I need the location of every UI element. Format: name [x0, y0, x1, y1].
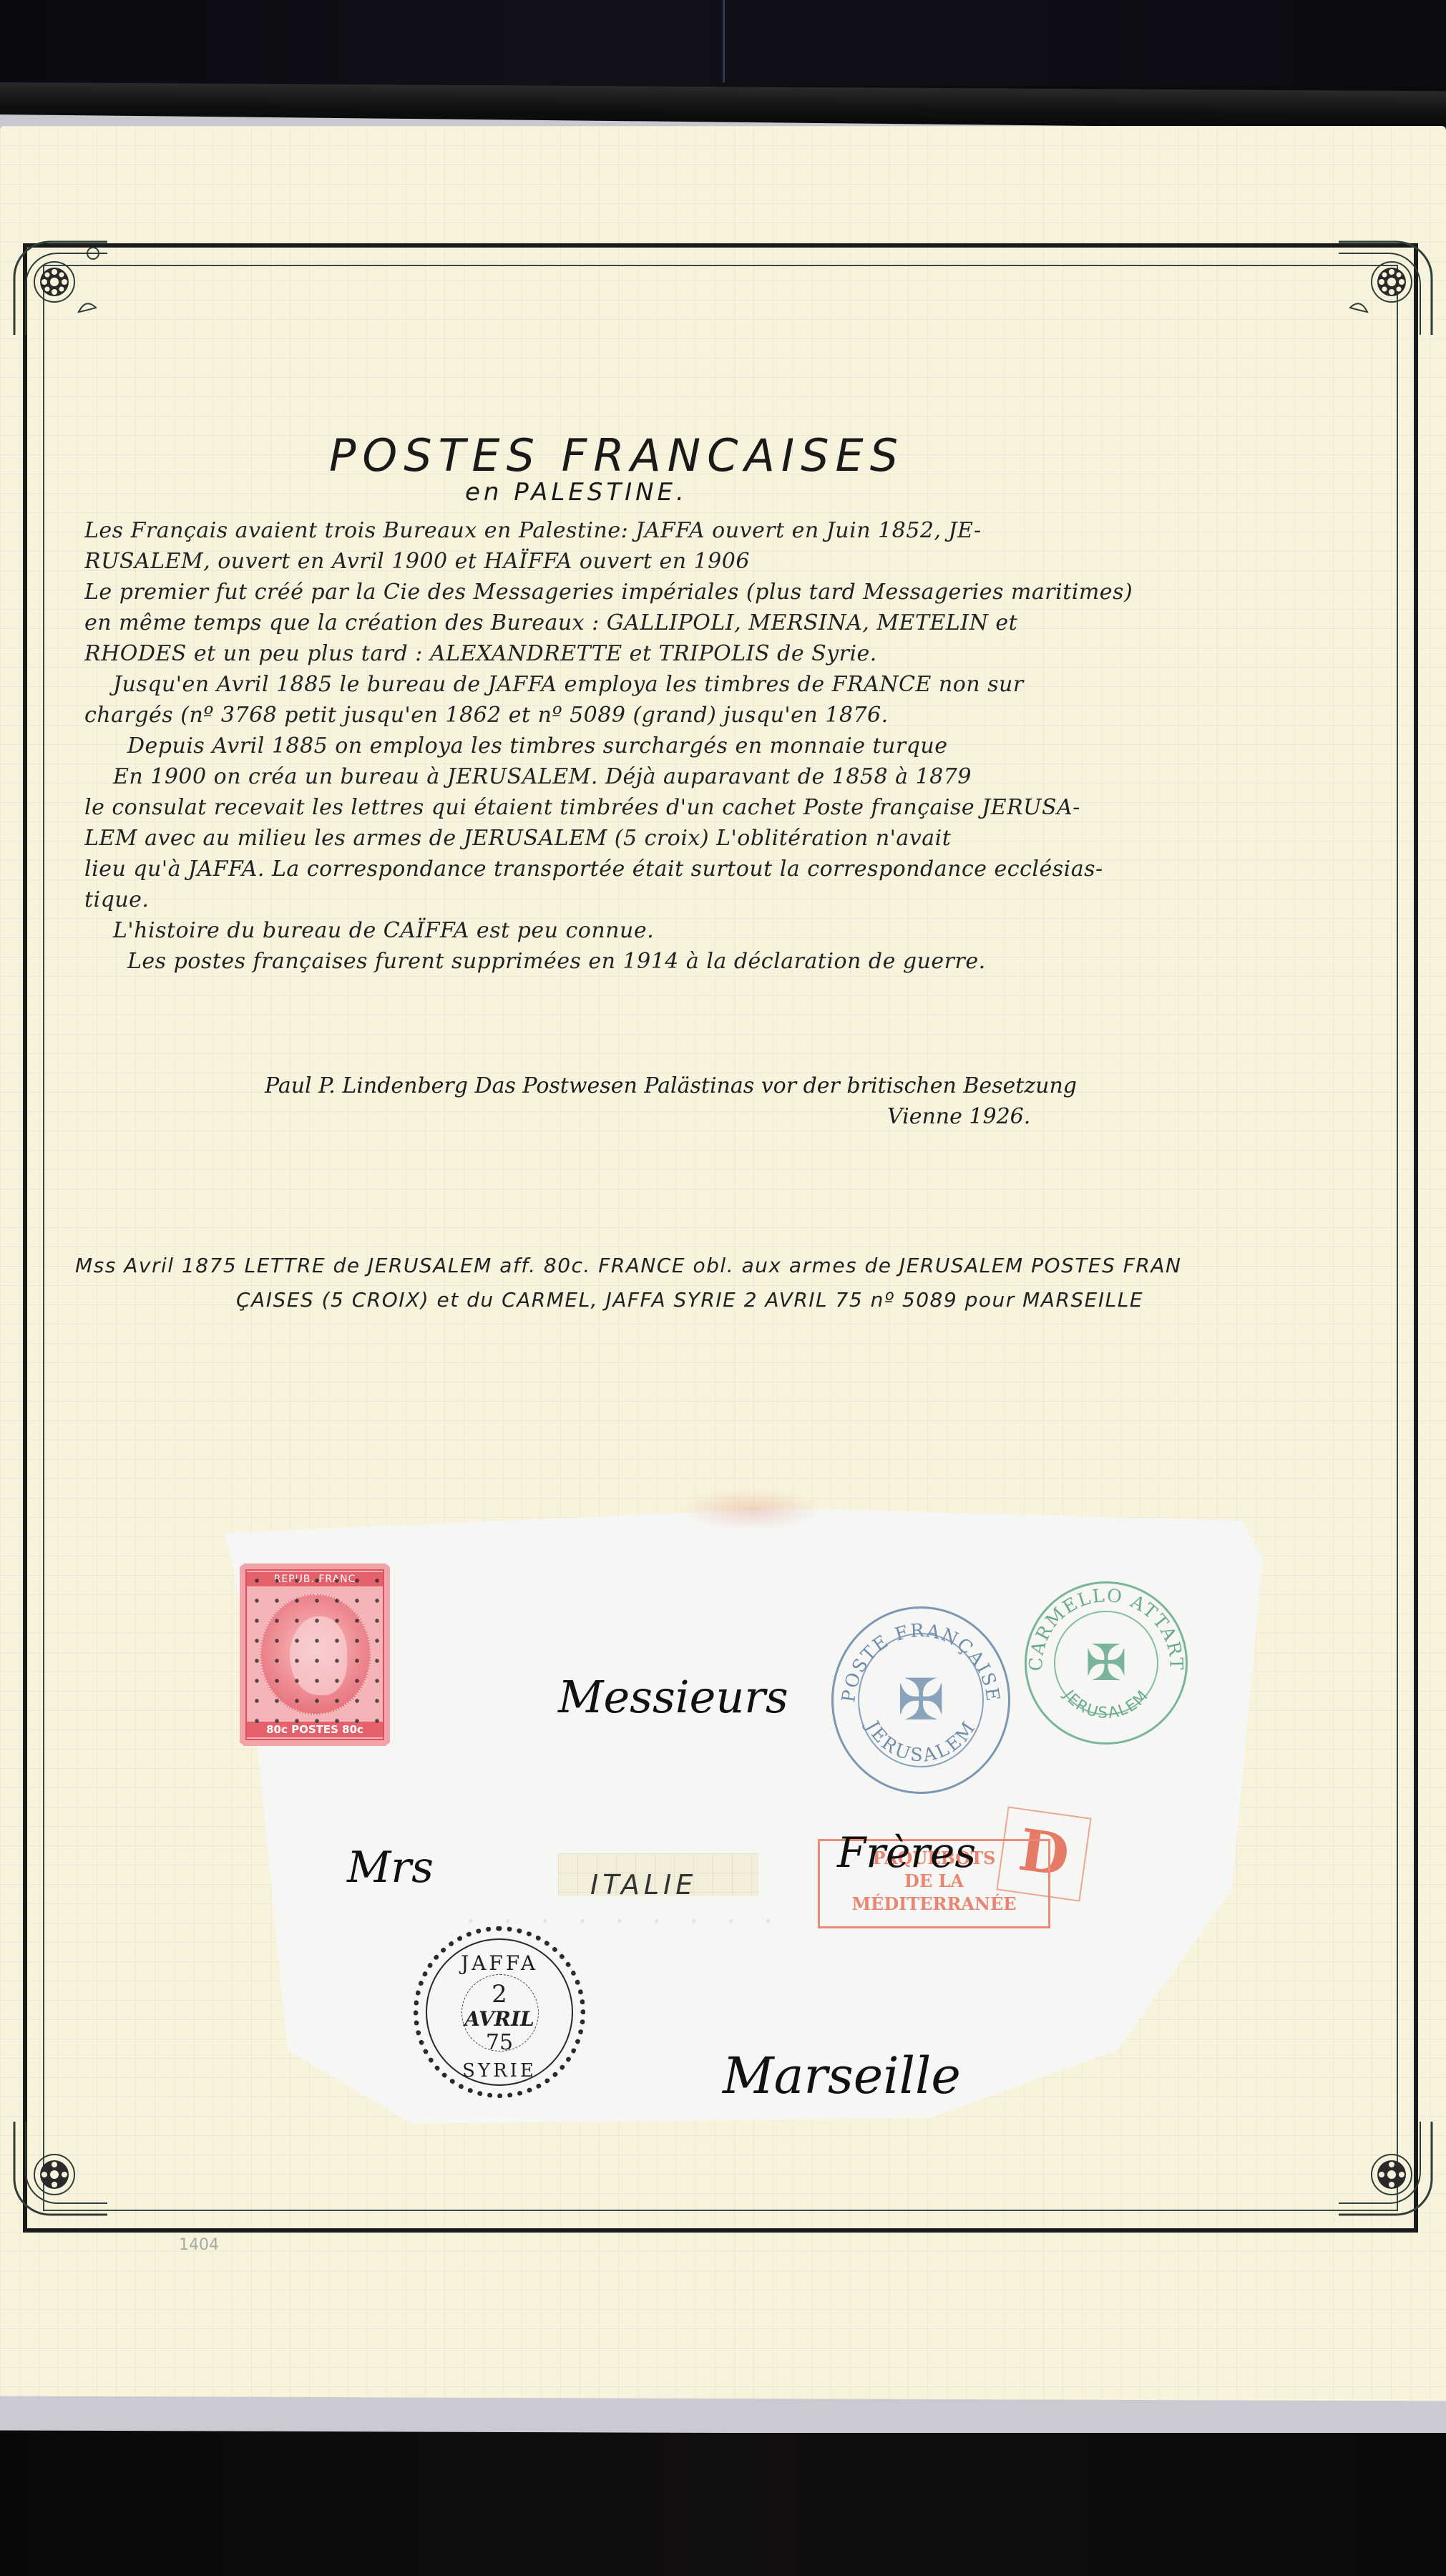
carmello-attart-cachet: CARMELLO ATTART JERUSALEM ✠ [1025, 1581, 1188, 1745]
label-patch-text: ITALIE [590, 1869, 697, 1901]
address-freres: Frères [837, 1828, 976, 1877]
note-line: Jusqu'en Avril 1885 le bureau de JAFFA e… [84, 669, 1358, 700]
paper-label-patch: ITALIE [558, 1853, 758, 1896]
jaffa-syrie-postmark: JAFFA 2 AVRIL 75 SYRIE [414, 1926, 585, 2098]
note-line: L'histoire du bureau de CAÏFFA est peu c… [84, 915, 1358, 946]
postmark-month: AVRIL [419, 2007, 580, 2031]
postmark-town: JAFFA [419, 1951, 580, 1975]
cover-caption-line1: Mss Avril 1875 LETTRE de JERUSALEM aff. … [75, 1254, 1181, 1277]
note-line: LEM avec au milieu les armes de JERUSALE… [84, 823, 1358, 854]
note-line: le consulat recevait les lettres qui éta… [84, 792, 1358, 823]
note-line: Les Français avaient trois Bureaux en Pa… [84, 515, 1358, 546]
scanner-background-bottom [0, 2433, 1446, 2576]
address-prefix: Mrs [347, 1843, 434, 1893]
note-line: en même temps que la création des Bureau… [84, 608, 1358, 638]
note-line: chargés (nº 3768 petit jusqu'en 1862 et … [84, 700, 1358, 731]
note-line: Les postes françaises furent supprimées … [84, 946, 1358, 977]
corner-rosette-icon [1339, 228, 1446, 335]
corner-rosette-icon [0, 2122, 107, 2229]
scan-seam [723, 0, 725, 82]
note-line: En 1900 on créa un bureau à JERUSALEM. D… [84, 761, 1358, 792]
postmark-year: 75 [419, 2030, 580, 2055]
cover-stain [680, 1488, 823, 1531]
boxed-mark-line3: MÉDITERRANÉE [820, 1893, 1048, 1916]
note-line: tique. [84, 884, 1358, 915]
reference-citation: Paul P. Lindenberg Das Postwesen Palästi… [265, 1073, 1077, 1098]
reference-place-date: Vienne 1926. [887, 1104, 1030, 1129]
note-line: Le premier fut créé par la Cie des Messa… [84, 577, 1358, 608]
postmark-country: SYRIE [419, 2060, 580, 2082]
address-salutation: Messieurs [558, 1671, 788, 1723]
jerusalem-cross-icon: ✠ [897, 1672, 944, 1729]
note-line: Depuis Avril 1885 on employa les timbres… [84, 731, 1358, 761]
corner-rosette-icon [0, 228, 107, 335]
poste-francaise-jerusalem-cachet: POSTE FRANÇAISE JERUSALEM ✠ [831, 1606, 1010, 1794]
address-city: Marseille [723, 2046, 961, 2105]
page-number: 1404 [179, 2236, 219, 2254]
page-subtitle: en PALESTINE. [465, 478, 688, 507]
ceres-stamp: REPUB. FRANC 80c POSTES 80c [240, 1563, 390, 1746]
history-notes: Les Français avaient trois Bureaux en Pa… [84, 515, 1358, 977]
note-line: RHODES et un peu plus tard : ALEXANDRETT… [84, 638, 1358, 669]
postmark-day: 2 [419, 1980, 580, 2009]
page-title: POSTES FRANCAISES [329, 429, 904, 482]
note-line: lieu qu'à JAFFA. La correspondance trans… [84, 854, 1358, 884]
cover-caption-line2: ÇAISES (5 CROIX) et du CARMEL, JAFFA SYR… [236, 1288, 1143, 1312]
page-edge-bottom [0, 2396, 1446, 2435]
corner-rosette-icon [1339, 2122, 1446, 2229]
scanner-background-top [0, 0, 1446, 86]
dotted-obliterator [247, 1571, 383, 1739]
jerusalem-cross-icon: ✠ [1085, 1638, 1128, 1688]
note-line: RUSALEM, ouvert en Avril 1900 et HAÏFFA … [84, 546, 1358, 577]
